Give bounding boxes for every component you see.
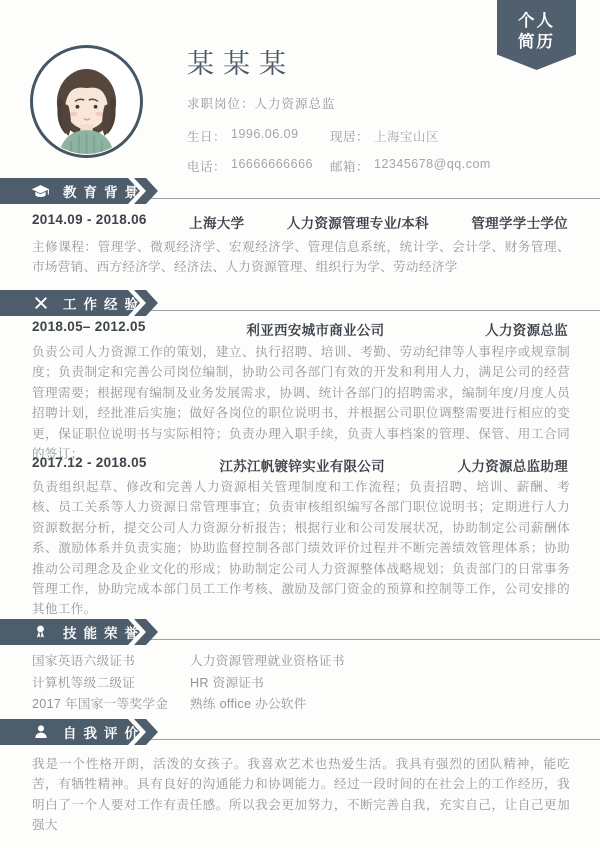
skill-item: 人力资源管理就业资格证书 [190,650,570,672]
field-birthday: 生日： 1996.06.09 [187,127,330,157]
section-selfeval-title: 自我评价 [63,722,145,742]
medal-icon [31,624,50,640]
section-education-flag: 教育背景 [0,178,152,204]
avatar-illustration [33,48,140,155]
skill-item: HR 资源证书 [190,672,570,694]
work1-description: 负责公司人力资源工作的策划，建立、执行招聘、培训、考勤、劳动纪律等人事程序或规章… [32,342,570,464]
section-selfeval-flag: 自我评价 [0,719,152,745]
work1-company: 利亚西安城市商业公司 [246,319,384,339]
target-position: 求职岗位：人力资源总监 [187,94,577,112]
work2-description: 负责组织起草、修改和完善人力资源相关管理制度和工作流程；负责招聘、培训、薪酬、考… [32,477,570,620]
work2-period: 2017.12 - 2018.05 [32,455,147,475]
education-degree: 管理学学士学位 [471,212,568,232]
avatar [30,45,143,158]
target-position-value: 人力资源总监 [255,97,336,111]
field-residence: 现居： 上海宝山区 [330,127,577,157]
section-work-title: 工作经验 [63,293,145,313]
section-education-title: 教育背景 [63,181,145,201]
field-residence-value: 上海宝山区 [374,127,439,145]
section-work-flag: 工作经验 [0,290,152,316]
work1-period: 2018.05– 2012.05 [32,319,146,339]
candidate-name: 某某某 [187,42,577,81]
field-phone-value: 16666666666 [231,157,313,171]
section-rule-line [140,198,600,199]
section-education-banner: 教育背景 [0,178,600,204]
section-skills-title: 技能荣誉 [63,622,145,642]
field-phone-label: 电话： [187,157,226,175]
work2-company: 江苏江帆镀锌实业有限公司 [219,455,385,475]
education-entry-row: 2014.09 - 2018.06 上海大学 人力资源管理专业/本科 管理学学士… [32,212,568,232]
work1-role: 人力资源总监 [485,319,568,339]
education-school: 上海大学 [189,212,244,232]
section-selfeval-banner: 自我评价 [0,719,600,745]
field-residence-label: 现居： [330,127,369,145]
education-courses: 主修课程：管理学、微观经济学、宏观经济学、管理信息系统，统计学、会计学、财务管理… [32,237,570,278]
graduation-cap-icon [31,184,50,199]
skill-item: 2017 年国家一等奖学金 [32,693,190,715]
work-entry-row: 2018.05– 2012.05 利亚西安城市商业公司 人力资源总监 [32,319,568,339]
target-position-label: 求职岗位： [187,97,255,111]
ribbon-line1: 个人 [497,11,576,32]
education-major: 人力资源管理专业/本科 [287,212,429,232]
header-info: 某某某 求职岗位：人力资源总监 生日： 1996.06.09 现居： 上海宝山区… [187,42,577,187]
education-period: 2014.09 - 2018.06 [32,212,147,232]
field-birthday-value: 1996.06.09 [231,127,299,141]
selfeval-text: 我是一个性格开朗，活泼的女孩子。我喜欢艺术也热爱生活。我具有强烈的团队精神，能吃… [32,754,570,836]
skills-list: 国家英语六级证书 人力资源管理就业资格证书 计算机等级二级证 HR 资源证书 2… [32,650,570,715]
section-rule-line [140,739,600,740]
section-rule-line [140,639,600,640]
section-skills-flag: 技能荣誉 [0,619,152,645]
section-skills-banner: 技能荣誉 [0,619,600,645]
field-birthday-label: 生日： [187,127,226,145]
section-work-banner: 工作经验 [0,290,600,316]
work-entry-row: 2017.12 - 2018.05 江苏江帆镀锌实业有限公司 人力资源总监助理 [32,455,568,475]
field-email-value: 12345678@qq.com [374,157,491,171]
section-rule-line [140,310,600,311]
work2-role: 人力资源总监助理 [458,455,568,475]
field-email-label: 邮箱： [330,157,369,175]
skill-item: 计算机等级二级证 [32,672,190,694]
person-icon [31,724,50,740]
skill-item: 国家英语六级证书 [32,650,190,672]
crossed-tools-icon [31,295,50,311]
resume-page: 个人 简历 [0,0,600,848]
skill-item: 熟练 office 办公软件 [190,693,570,715]
